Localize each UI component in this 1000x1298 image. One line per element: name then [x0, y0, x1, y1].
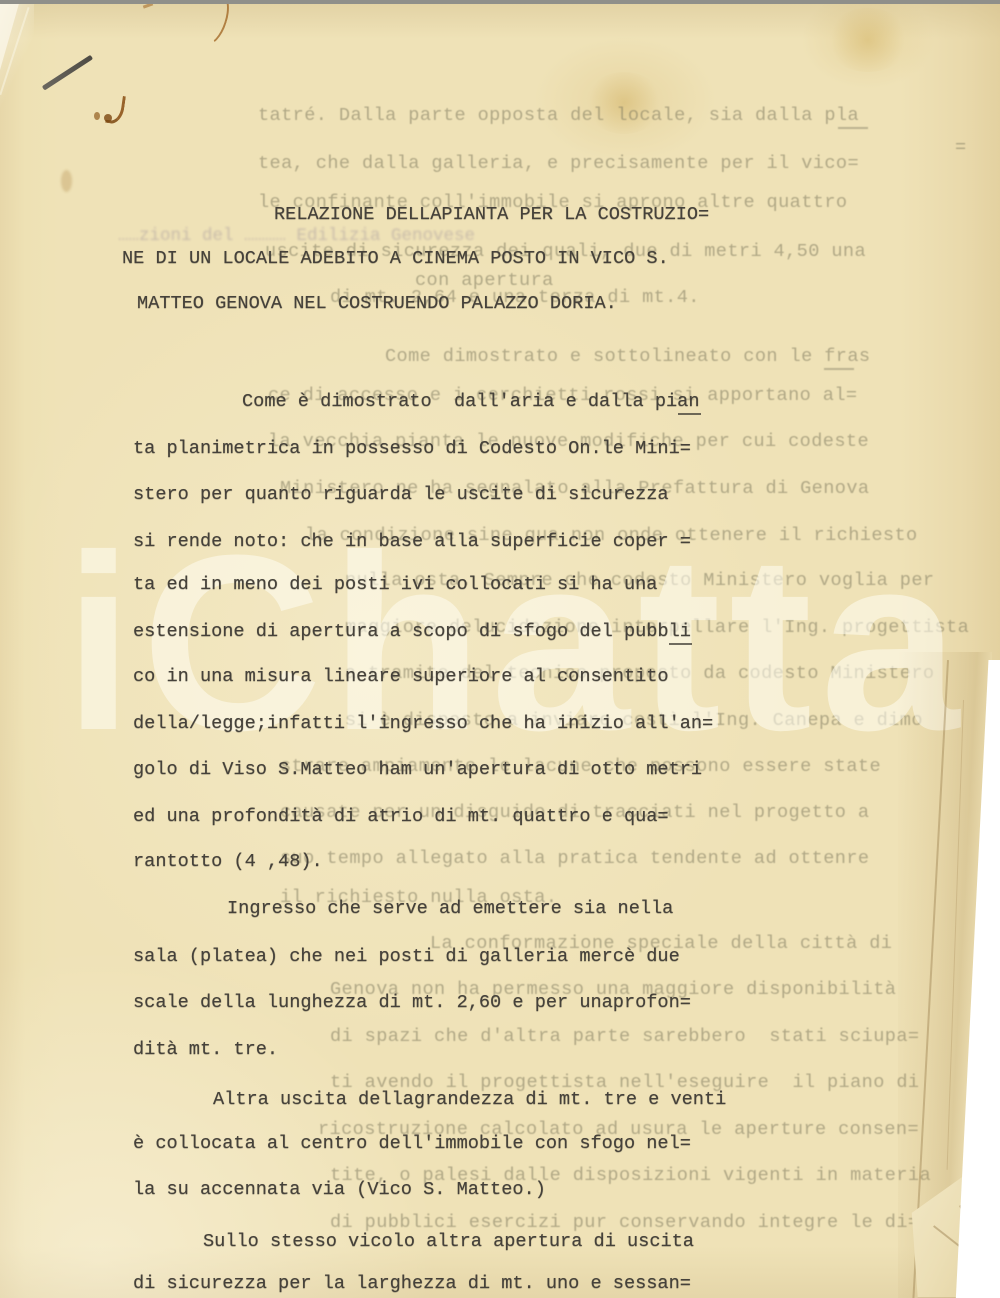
typed-text-line: si rende noto: che in base alla superfic… — [133, 532, 691, 552]
scanner-edge-strip — [0, 0, 1000, 4]
typed-text-line: RELAZIONE DELLAPIANTA PER LA COSTRUZIO= — [274, 205, 709, 225]
typed-text-line: NE DI UN LOCALE ADEBITO A CINEMA POSTO I… — [122, 249, 669, 269]
typewritten-text-layer: RELAZIONE DELLAPIANTA PER LA COSTRUZIO=N… — [0, 0, 1000, 1298]
typed-text-line: Sullo stesso vicolo altra apertura di us… — [203, 1232, 694, 1252]
typed-text-line: scale della lunghezza di mt. 2,60 e per … — [133, 993, 691, 1013]
typed-text-line: la su accennata via (Vico S. Matteo.) — [133, 1180, 546, 1200]
scanned-document-page: tatré. Dalla parte opposta del locale, s… — [0, 0, 1000, 1298]
typed-text-line: dità mt. tre. — [133, 1040, 278, 1060]
typed-text-line: rantotto (4 ,48). — [133, 852, 323, 872]
typed-text-line: della/legge;infatti l'ingresso che ha in… — [133, 714, 713, 734]
typed-text-line: estensione di apertura a scopo di sfogo … — [133, 622, 691, 642]
typed-text-line: Come è dimostrato dall'aria e dalla pian — [242, 392, 699, 412]
typed-text-line: co in una misura lineare superiore al co… — [133, 667, 669, 687]
typed-text-line: stero per quanto riguarda le uscite di s… — [133, 485, 669, 505]
typed-text-line: Ingresso che serve ad emettere sia nella — [227, 899, 673, 919]
typed-text-line: di sicurezza per la larghezza di mt. uno… — [133, 1274, 691, 1294]
underline-mark — [678, 413, 701, 415]
underline-mark — [669, 643, 692, 645]
typed-text-line: sala (platea) che nei posti di galleria … — [133, 947, 680, 967]
typed-text-line: golo di Viso S.Matteo ham un'apertura di… — [133, 760, 702, 780]
typed-text-line: ta planimetrica in possesso di Codesto O… — [133, 439, 691, 459]
typed-text-line: MATTEO GENOVA NEL COSTRUENDO PALAZZO DOR… — [137, 294, 617, 314]
typed-text-line: Altra uscita dellagrandezza di mt. tre e… — [213, 1090, 726, 1110]
typed-text-line: ta ed in meno dei posti ivi collocati si… — [133, 575, 657, 595]
typed-text-line: è collocata al centro dell'immobile con … — [133, 1134, 691, 1154]
typed-text-line: ed una profondità di atrio di mt. quattr… — [133, 807, 669, 827]
